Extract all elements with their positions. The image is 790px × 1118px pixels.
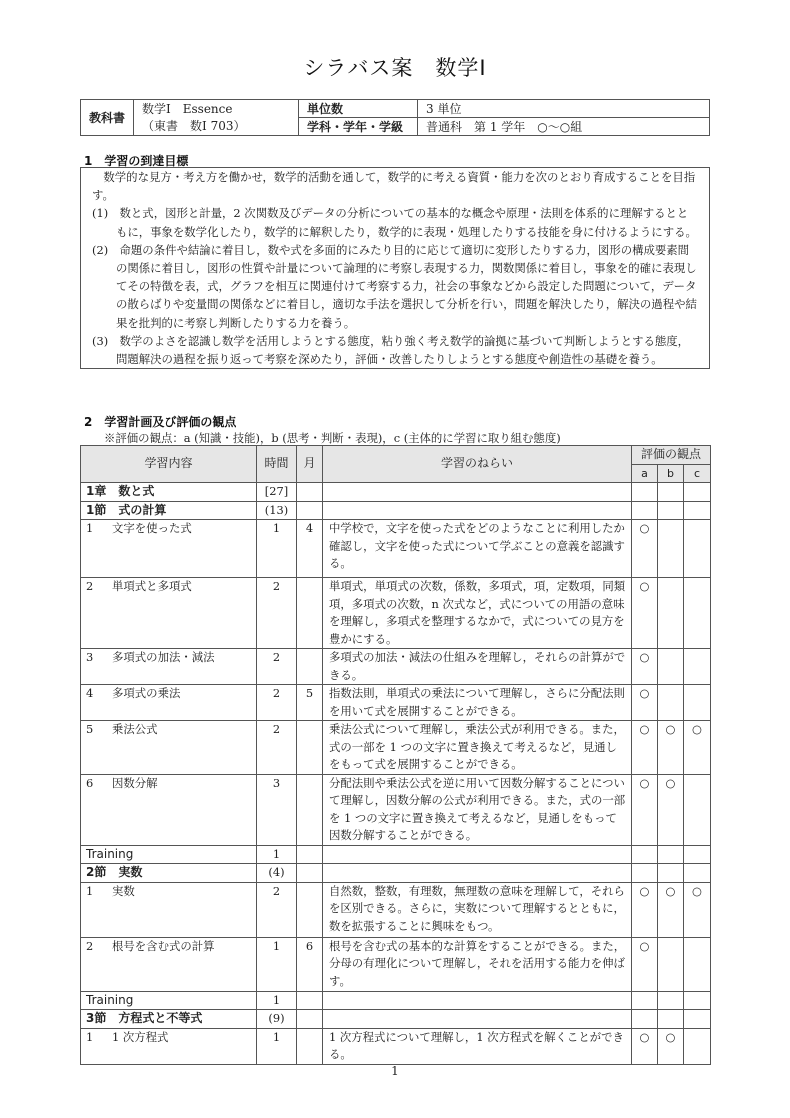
cell-eval-b: [658, 864, 684, 883]
cell-time: (4): [257, 864, 297, 883]
cell-eval-b: ○: [658, 1028, 684, 1064]
table-row: 2根号を含む式の計算16根号を含む式の基本的な計算をすることができる。また，分母…: [81, 937, 711, 991]
cell-content: 1節 式の計算: [81, 501, 257, 520]
table-row: 5乗法公式2乗法公式について理解し，乗法公式が利用できる。また，式の一部を 1 …: [81, 721, 711, 775]
cell-eval-c: [684, 649, 711, 685]
cell-month: 4: [297, 520, 323, 578]
textbook-line2: （東書 数Ⅰ 703）: [142, 118, 290, 135]
cell-content: 2単項式と多項式: [81, 578, 257, 649]
item-number: 4: [86, 685, 112, 703]
cell-time: 2: [257, 685, 297, 721]
cell-time: 1: [257, 845, 297, 864]
cell-eval-b: [658, 845, 684, 864]
cell-eval-b: [658, 685, 684, 721]
page-title: シラバス案 数学Ⅰ: [0, 52, 790, 82]
cell-content: 2根号を含む式の計算: [81, 937, 257, 991]
goal-item-3: (3) 数学のよさを認識し数学を活用しようとする態度，粘り強く考え数学的論拠に基…: [92, 332, 698, 368]
cell-month: [297, 991, 323, 1010]
item-number: 3: [86, 649, 112, 667]
info-table: 教科書 数学Ⅰ Essence （東書 数Ⅰ 703） 単位数 3 単位 学科・…: [80, 99, 710, 136]
item-title: 多項式の加法・減法: [112, 650, 215, 664]
cell-eval-b: [658, 501, 684, 520]
section-heading-row: 1章 数と式[27]: [81, 483, 711, 502]
cell-content: Training: [81, 991, 257, 1010]
cell-time: 1: [257, 1028, 297, 1064]
cell-content: 1章 数と式: [81, 483, 257, 502]
cell-eval-b: [658, 483, 684, 502]
cell-aim: 中学校で，文字を使った式をどのようなことに利用したか確認し，文字を使った式につい…: [323, 520, 632, 578]
table-row: 6因数分解3分配法則や乗法公式を逆に用いて因数分解することについて理解し，因数分…: [81, 774, 711, 845]
cell-month: [297, 864, 323, 883]
header-aim: 学習のねらい: [323, 446, 632, 483]
cell-eval-a: [632, 483, 658, 502]
header-time: 時間: [257, 446, 297, 483]
section2-heading: 2 学習計画及び評価の観点: [84, 413, 236, 430]
header-content: 学習内容: [81, 446, 257, 483]
cell-eval-b: ○: [658, 882, 684, 937]
item-title: 単項式と多項式: [112, 579, 192, 593]
goal-item-1: (1) 数と式，図形と計量，2 次関数及びデータの分析についての基本的な概念や原…: [92, 204, 698, 240]
cell-eval-b: [658, 937, 684, 991]
item-number: 1: [86, 883, 112, 901]
class-label: 学科・学年・学級: [299, 118, 418, 136]
cell-eval-a: ○: [632, 882, 658, 937]
cell-eval-a: ○: [632, 721, 658, 775]
credits-label: 単位数: [299, 100, 418, 118]
goal-item-2: (2) 命題の条件や結論に着目し，数や式を多面的にみたり目的に応じて適切に変形し…: [92, 241, 698, 332]
cell-eval-b: [658, 991, 684, 1010]
cell-month: [297, 774, 323, 845]
learning-plan-table: 学習内容 時間 月 学習のねらい 評価の観点 a b c 1章 数と式[27]1…: [80, 445, 711, 1065]
cell-eval-a: ○: [632, 1028, 658, 1064]
table-row: 4多項式の乗法25指数法則，単項式の乗法について理解し，さらに分配法則を用いて式…: [81, 685, 711, 721]
cell-eval-a: [632, 501, 658, 520]
cell-aim: 分配法則や乗法公式を逆に用いて因数分解することについて理解し，因数分解の公式が利…: [323, 774, 632, 845]
training-row: Training1: [81, 991, 711, 1010]
cell-month: [297, 1028, 323, 1064]
cell-eval-c: [684, 501, 711, 520]
cell-content: 3節 方程式と不等式: [81, 1010, 257, 1029]
cell-aim: [323, 1010, 632, 1029]
cell-time: 3: [257, 774, 297, 845]
cell-eval-c: [684, 1010, 711, 1029]
item-title: 因数分解: [112, 776, 158, 790]
cell-eval-b: ○: [658, 774, 684, 845]
cell-eval-a: ○: [632, 774, 658, 845]
cell-content: 11 次方程式: [81, 1028, 257, 1064]
section-heading-row: 1節 式の計算(13): [81, 501, 711, 520]
cell-time: 2: [257, 649, 297, 685]
cell-eval-b: [658, 520, 684, 578]
section-heading-row: 3節 方程式と不等式(9): [81, 1010, 711, 1029]
cell-eval-c: ○: [684, 882, 711, 937]
cell-eval-a: ○: [632, 685, 658, 721]
cell-month: [297, 721, 323, 775]
cell-eval-c: [684, 520, 711, 578]
table-row: 3多項式の加法・減法2多項式の加法・減法の仕組みを理解し，それらの計算ができる。…: [81, 649, 711, 685]
cell-time: 2: [257, 882, 297, 937]
cell-content: 3多項式の加法・減法: [81, 649, 257, 685]
cell-eval-c: [684, 578, 711, 649]
cell-aim: 根号を含む式の基本的な計算をすることができる。また，分母の有理化について理解し，…: [323, 937, 632, 991]
cell-content: 1実数: [81, 882, 257, 937]
header-eval: 評価の観点: [632, 446, 711, 465]
header-c: c: [684, 464, 711, 483]
item-title: 実数: [112, 884, 135, 898]
cell-aim: [323, 845, 632, 864]
item-number: 2: [86, 938, 112, 956]
item-number: 1: [86, 520, 112, 538]
cell-eval-b: ○: [658, 721, 684, 775]
cell-time: (13): [257, 501, 297, 520]
cell-time: (9): [257, 1010, 297, 1029]
goals-lead: 数学的な見方・考え方を働かせ，数学的活動を通して，数学的に考える資質・能力を次の…: [92, 168, 698, 204]
cell-month: [297, 578, 323, 649]
cell-month: [297, 845, 323, 864]
cell-aim: 多項式の加法・減法の仕組みを理解し，それらの計算ができる。: [323, 649, 632, 685]
cell-eval-b: [658, 1010, 684, 1029]
evaluation-note: ※評価の観点：a (知識・技能)，b (思考・判断・表現)，c (主体的に学習に…: [104, 430, 561, 446]
cell-eval-c: [684, 685, 711, 721]
table-row: 1文字を使った式14中学校で，文字を使った式をどのようなことに利用したか確認し，…: [81, 520, 711, 578]
cell-eval-c: [684, 991, 711, 1010]
cell-eval-a: ○: [632, 649, 658, 685]
item-title: 多項式の乗法: [112, 686, 180, 700]
cell-month: [297, 1010, 323, 1029]
cell-aim: [323, 501, 632, 520]
training-row: Training1: [81, 845, 711, 864]
goals-box: 数学的な見方・考え方を働かせ，数学的活動を通して，数学的に考える資質・能力を次の…: [80, 167, 710, 369]
cell-eval-c: [684, 1028, 711, 1064]
table-row: 2単項式と多項式2単項式，単項式の次数，係数，多項式，項，定数項，同類項，多項式…: [81, 578, 711, 649]
cell-month: 5: [297, 685, 323, 721]
class-value: 普通科 第 1 学年 ○～○組: [418, 118, 710, 136]
cell-content: Training: [81, 845, 257, 864]
item-title: 根号を含む式の計算: [112, 939, 215, 953]
textbook-value: 数学Ⅰ Essence （東書 数Ⅰ 703）: [134, 100, 299, 136]
cell-eval-c: [684, 483, 711, 502]
cell-eval-a: ○: [632, 578, 658, 649]
cell-eval-a: ○: [632, 937, 658, 991]
textbook-label: 教科書: [81, 100, 134, 136]
cell-month: [297, 501, 323, 520]
cell-time: 1: [257, 991, 297, 1010]
cell-aim: 乗法公式について理解し，乗法公式が利用できる。また，式の一部を 1 つの文字に置…: [323, 721, 632, 775]
section-heading-row: 2節 実数(4): [81, 864, 711, 883]
cell-aim: [323, 483, 632, 502]
cell-eval-a: [632, 991, 658, 1010]
cell-aim: [323, 864, 632, 883]
cell-eval-a: [632, 864, 658, 883]
item-title: 1 次方程式: [112, 1030, 168, 1044]
cell-aim: 単項式，単項式の次数，係数，多項式，項，定数項，同類項，多項式の次数，n 次式な…: [323, 578, 632, 649]
cell-aim: [323, 991, 632, 1010]
cell-eval-c: ○: [684, 721, 711, 775]
cell-eval-b: [658, 649, 684, 685]
header-month: 月: [297, 446, 323, 483]
cell-content: 2節 実数: [81, 864, 257, 883]
cell-aim: 自然数，整数，有理数，無理数の意味を理解して，それらを区別できる。さらに，実数に…: [323, 882, 632, 937]
cell-content: 1文字を使った式: [81, 520, 257, 578]
cell-eval-c: [684, 774, 711, 845]
cell-eval-b: [658, 578, 684, 649]
cell-month: [297, 483, 323, 502]
item-number: 6: [86, 775, 112, 793]
credits-value: 3 単位: [418, 100, 710, 118]
item-number: 2: [86, 578, 112, 596]
cell-aim: 指数法則，単項式の乗法について理解し，さらに分配法則を用いて式を展開することがで…: [323, 685, 632, 721]
cell-month: [297, 649, 323, 685]
cell-eval-a: [632, 1010, 658, 1029]
header-a: a: [632, 464, 658, 483]
textbook-line1: 数学Ⅰ Essence: [142, 101, 290, 118]
cell-aim: 1 次方程式について理解し，1 次方程式を解くことができる。: [323, 1028, 632, 1064]
cell-time: 2: [257, 578, 297, 649]
item-title: 文字を使った式: [112, 521, 192, 535]
page-number: 1: [0, 1064, 790, 1078]
table-row: 11 次方程式11 次方程式について理解し，1 次方程式を解くことができる。○○: [81, 1028, 711, 1064]
cell-content: 6因数分解: [81, 774, 257, 845]
cell-eval-c: [684, 864, 711, 883]
cell-time: [27]: [257, 483, 297, 502]
cell-eval-c: [684, 937, 711, 991]
header-b: b: [658, 464, 684, 483]
cell-time: 2: [257, 721, 297, 775]
item-number: 1: [86, 1029, 112, 1047]
item-number: 5: [86, 721, 112, 739]
cell-eval-a: [632, 845, 658, 864]
cell-eval-a: ○: [632, 520, 658, 578]
cell-eval-c: [684, 845, 711, 864]
cell-content: 4多項式の乗法: [81, 685, 257, 721]
cell-time: 1: [257, 937, 297, 991]
cell-content: 5乗法公式: [81, 721, 257, 775]
cell-month: 6: [297, 937, 323, 991]
item-title: 乗法公式: [112, 722, 158, 736]
cell-month: [297, 882, 323, 937]
cell-time: 1: [257, 520, 297, 578]
table-row: 1実数2自然数，整数，有理数，無理数の意味を理解して，それらを区別できる。さらに…: [81, 882, 711, 937]
